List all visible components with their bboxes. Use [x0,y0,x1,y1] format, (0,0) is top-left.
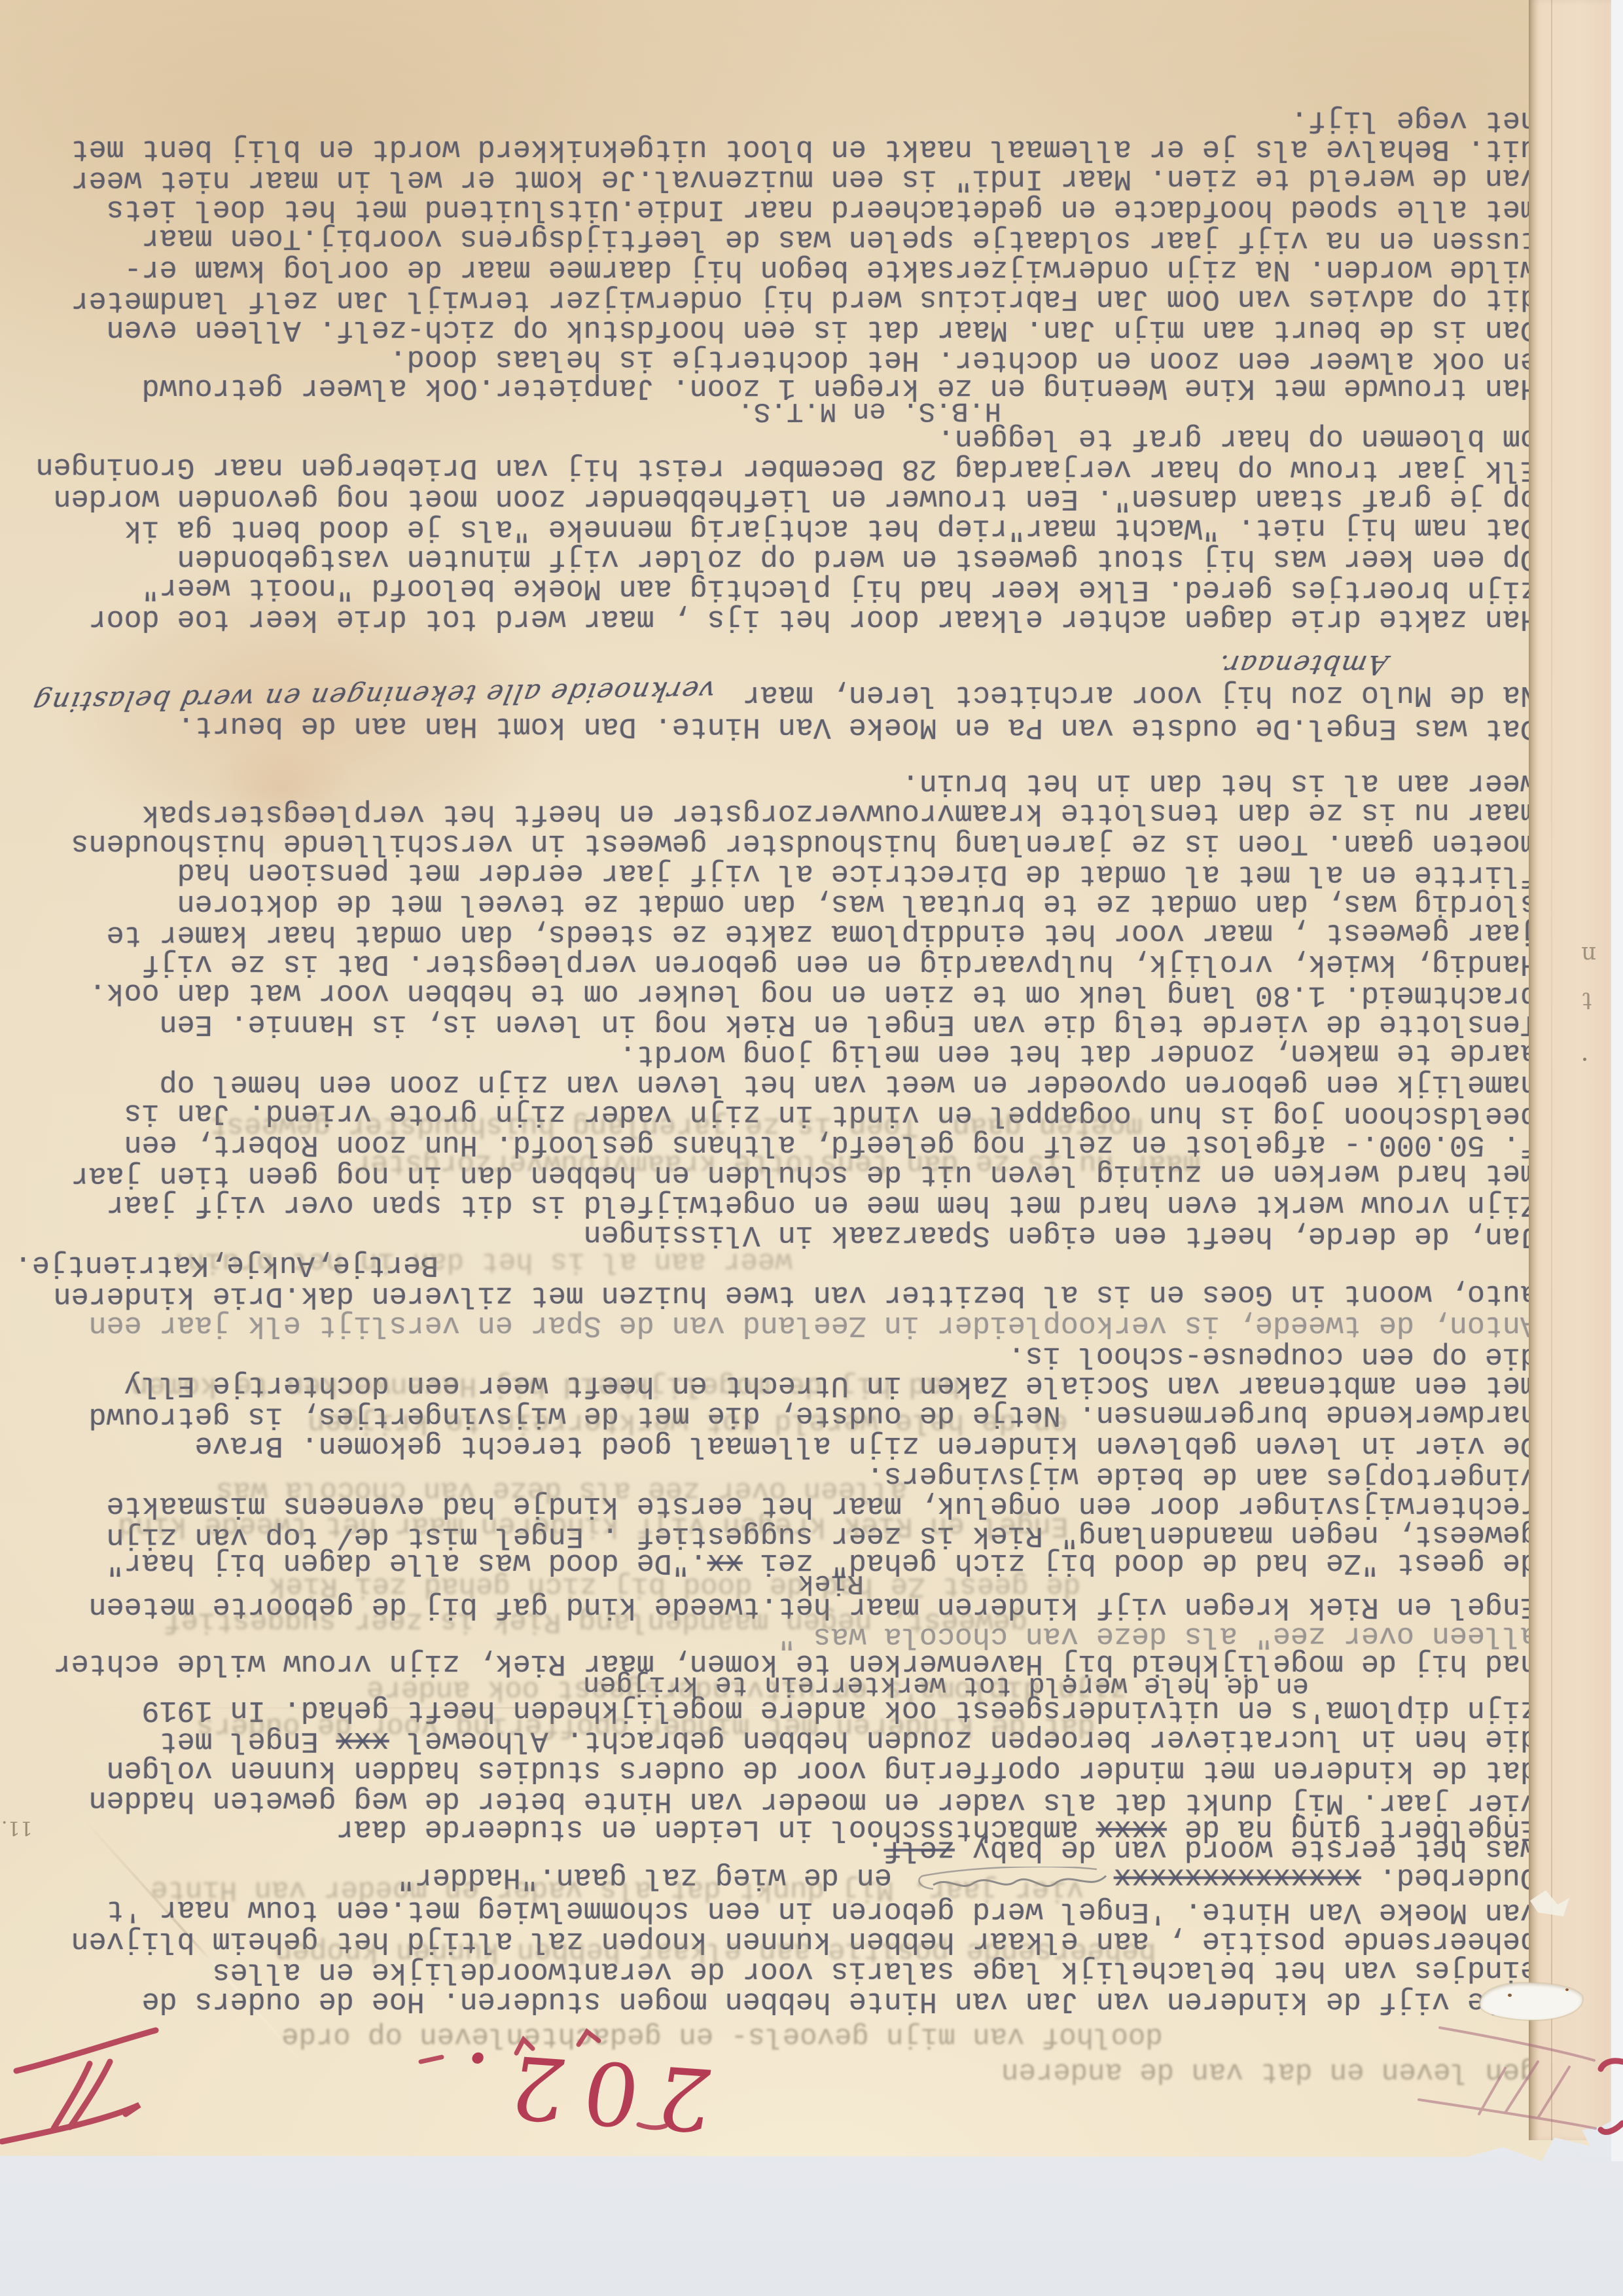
scanner-background: Alle vijf de kinderen van Jan van Hinte … [0,0,1623,2296]
paper-debris-speck [1565,1988,1569,1991]
letter-line: die op een coupeuse-school is. [43,1338,1538,1372]
letter-line: Alle vijf de kinderen van Jan van Hinte … [43,1986,1538,2016]
letter-line: van de wereld te zien. Maar Indi" is een… [43,162,1538,195]
pencil-dot [1583,1058,1586,1061]
letter-line: aarde te maken, zonder dat het een melig… [43,1037,1538,1070]
letter-line: uit. Behalve als je er allemaal naakt en… [43,134,1538,164]
bleed-through-ghost-line: alleen over zee als deze van chocola was [216,1474,907,1507]
letter-line: Elk jaar trouw op haar verjaardag 28 Dec… [43,452,1538,485]
letter-line: H.B.S. en M.T.S. [43,400,1001,424]
letter-line: met alle spoed hoofdacte en gedetacheerd… [43,194,1538,224]
letter-line: Handig, kwiek, vrolijk, hulpvaardig en e… [43,948,1538,978]
fold-crease-line [1551,0,1552,2140]
bleed-through-ghost-line: weer aan al is het dan in het bruin. [170,1245,793,1278]
letter-line: op je graf staan dansen". Een trouwer en… [43,483,1538,513]
letter-line: om bloemen op haar graf te leggen. [43,423,1538,453]
bleed-through-ghost-line: geweest, negen maandenlang Riek is zeer … [164,1605,1027,1638]
bleed-through-ghost-line: beheersende positie aan elkaar hebben ku… [275,1935,1156,1967]
bleed-through-ghost-line: Engel en Riek kregen vijf kinderen maar … [118,1509,1068,1542]
bleed-through-ghost-line: dat de kinderen met minder opoffering vo… [196,1710,1095,1742]
paper-debris-speck [1508,1994,1512,1997]
letter-line: Dan is de beurt aan mijn Jan. Maar dat i… [43,314,1538,344]
letter-line: jaar geweest , maar voor het einddiploma… [43,917,1538,950]
letter-line: namelijk een geboren opvoeder en weet va… [43,1069,1538,1099]
letter-line: Op een keer was hij stout geweest en wer… [43,543,1538,573]
letter-line: Na de Mulo zou hij voor architect leren,… [43,679,1538,711]
bleed-through-ghost-line: maar nu is ze dan tenslotte kraamvrouwve… [353,1147,1200,1179]
letter-line: maar nu is ze dan tenslotte kraamvrouwve… [43,797,1538,829]
letter-line: moeten gaan. Toen is ze jarenlang huisho… [43,828,1538,858]
letter-line: Zijn vrouw werkt even hard met hem mee e… [43,1189,1538,1219]
letter-line: dit op advies van Oom Jan Fabricius werd… [43,283,1538,315]
left-margin-pencil-mark: 11. [1,1816,33,1839]
folded-page-edge [1529,0,1613,2140]
letter-line: weer aan al is het dan in het bruin. [43,768,1538,798]
bleed-through-ghost-line: de geest Ze had de dood bij zich gehad z… [268,1570,1080,1602]
letter-line: het vege lijf. [43,102,1538,135]
letter-line: vier jaar. Mij dunkt dat als vader en mo… [43,1784,1538,1820]
right-margin-pencil-mark-n: n [1581,941,1596,968]
bleed-through-ghost-line: zijn diploma's en uitvindersgeest ook an… [366,1673,1127,1706]
letter-line: auto, woont in Goes en is al bezitter va… [43,1278,1538,1311]
letter-line: flirtte en al met al omdat de Directrice… [43,857,1538,890]
scanner-background-sliver [1611,0,1623,2161]
letter-line: wilde worden. Na zijn onderwijzersakte b… [43,254,1538,284]
letter-line: tussen en na vijf jaar soldaatje spelen … [43,223,1538,256]
bleed-through-ghost-line: vier jaar. Mij dunkt dat als vader en mo… [151,1873,1084,1906]
letter-line: en ook alweer een zoon en dochter. Het d… [43,343,1538,376]
letter-line: Tenslotte de vierde telg die van Engel e… [43,1009,1538,1039]
right-margin-pencil-mark-t: t [1582,987,1592,1014]
letter-line: Dat was Engel.De oudste van Pa en Moeke … [43,710,1538,744]
letter-line: slordig was, dan omdat ze te brutaal was… [43,888,1538,918]
letter-page: Alle vijf de kinderen van Jan van Hinte … [0,0,1613,2161]
red-page-number: 202. [397,2023,713,2150]
letter-line: was het eerste woord van de baby zelf. [43,1839,1538,1861]
letter-line: Han zakte drie dagen achter elkaar door … [43,603,1538,634]
letter-line: Ambtenaar. [40,651,1390,679]
letter-line: prachtmeid. 1.80 lang leuk om te zien en… [43,977,1538,1011]
letter-line: Dat nam hij niet. "Wacht maar"riep het a… [43,512,1538,545]
letter-line: dat de kinderen met minder opoffering vo… [43,1755,1538,1785]
bleed-through-ghost-line: moeten gaan. Toen is ze jarenlang huisho… [209,1109,1143,1142]
letter-line: Anton, de tweede, is verkoopleider in Ze… [43,1310,1538,1340]
letter-line: zijn broertjes gered. Elke keer had hij … [43,572,1538,605]
bleed-through-ghost-line: had hij de mogelijkheid bij Havenwerken … [131,1369,960,1402]
bleed-through-ghost-line: en de hele wereld tot werkterrein te kri… [308,1406,1068,1439]
